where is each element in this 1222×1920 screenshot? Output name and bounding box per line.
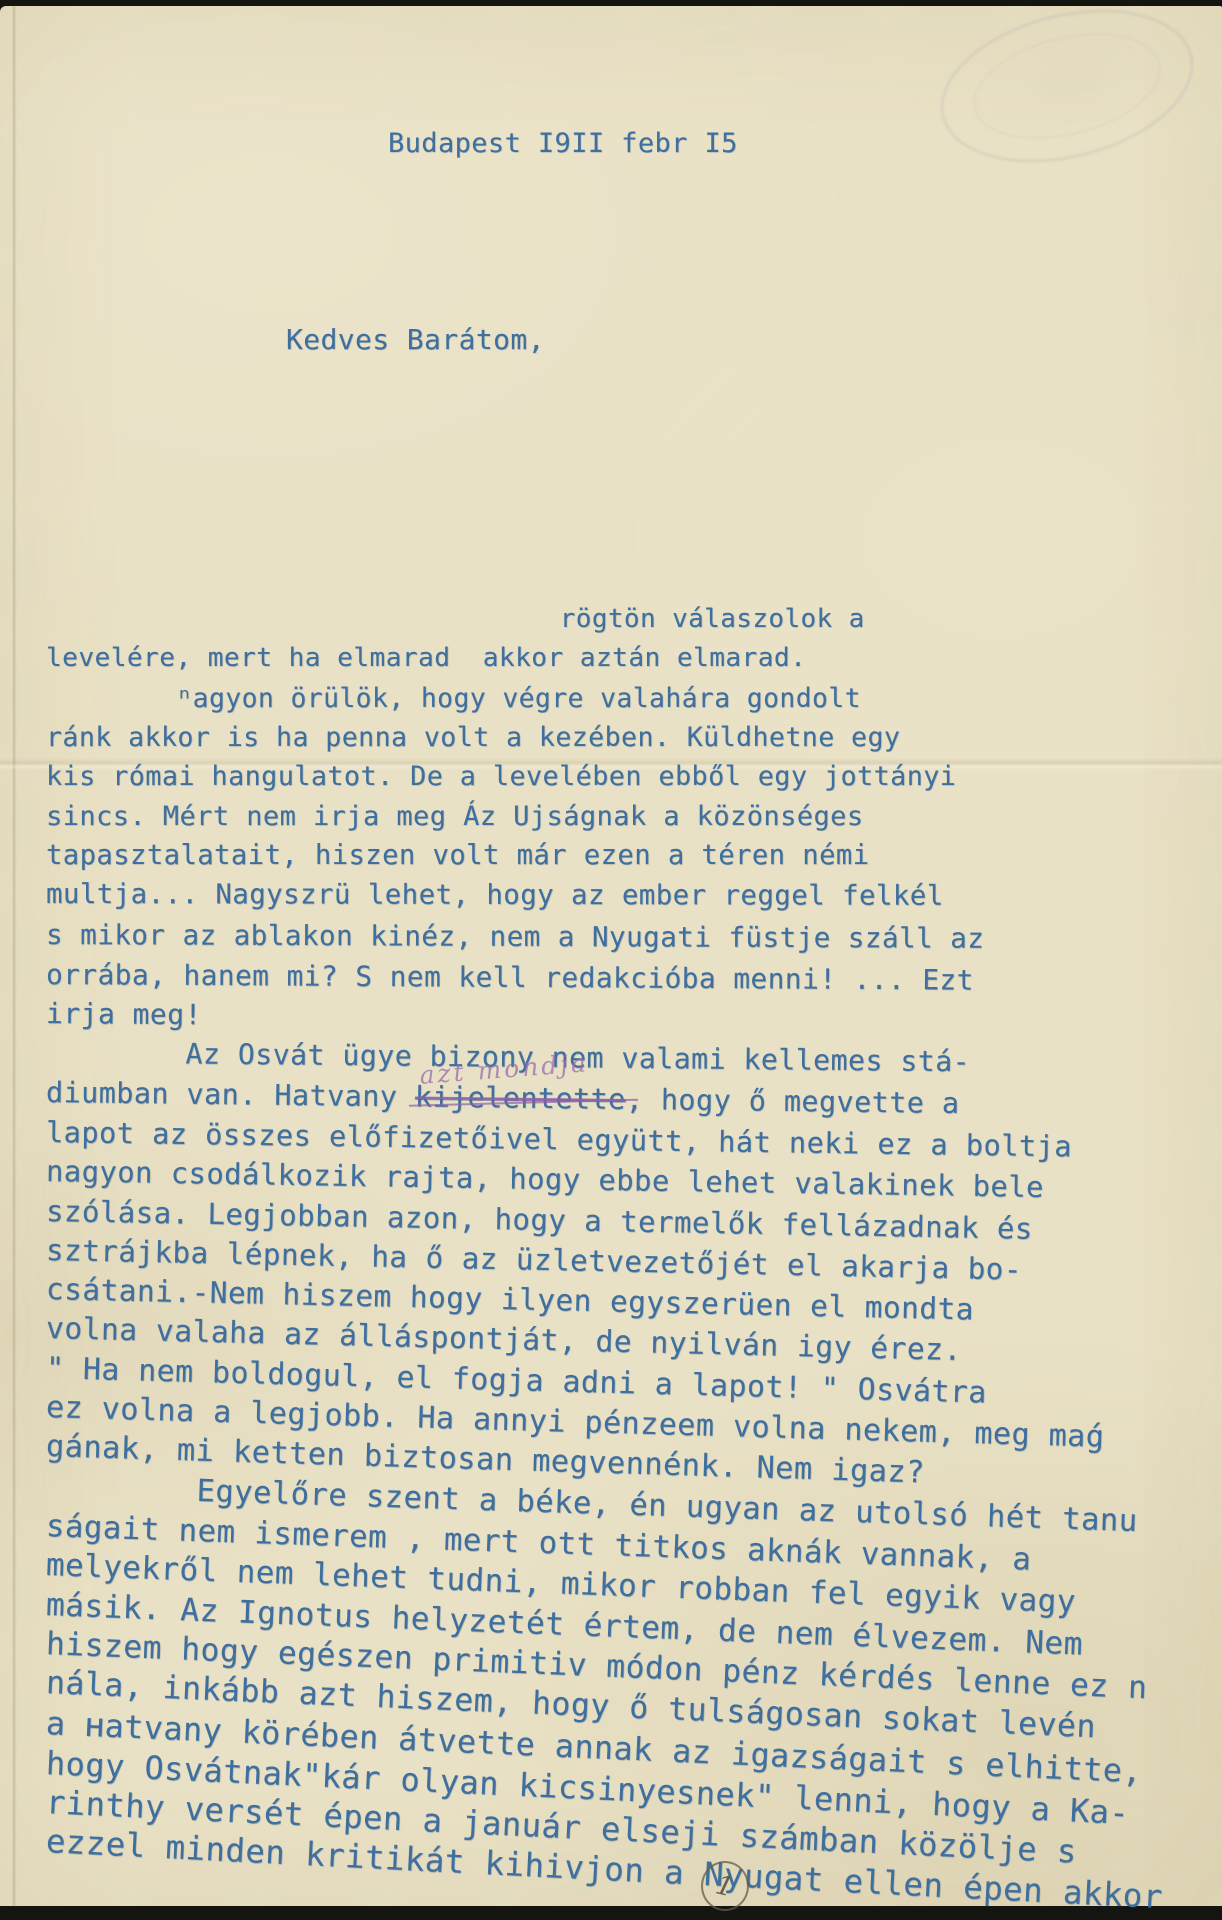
- letter-line: irja meg!: [46, 997, 202, 1031]
- letter-line: diumban van. Hatvany kijelentetteazt mon…: [46, 1076, 960, 1120]
- letter-line: rögtön válaszolok a: [46, 604, 865, 634]
- letter-line: ránk akkor is ha penna volt a kezében. K…: [46, 722, 900, 753]
- scanned-letter-page: Budapest I9II febr I5 Kedves Barátom, rö…: [0, 0, 1222, 1920]
- letter-line: multja... Nagyszrü lehet, hogy az ember …: [46, 879, 944, 912]
- page-number: 1: [713, 1869, 737, 1903]
- letter-line: kis római hangulatot. De a levelében ebb…: [46, 761, 956, 792]
- letter-line: s mikor az ablakon kinéz, nem a Nyugati …: [46, 918, 984, 955]
- letter-line: tapasztalatait, hiszen volt már ezen a t…: [46, 840, 870, 871]
- page-number-circle: 1: [701, 1861, 749, 1911]
- salutation: Kedves Barátom,: [286, 323, 545, 356]
- letter-line: levelére, mert ha elmarad akkor aztán el…: [46, 643, 806, 673]
- letter-line: orrába, hanem mi? S nem kell redakcióba …: [46, 958, 974, 997]
- letter-line: sincs. Mért nem irja meg Áz Ujságnak a k…: [46, 801, 864, 832]
- date-line: Budapest I9II febr I5: [388, 128, 738, 159]
- struck-word: kijelentetteazt mondja: [415, 1080, 626, 1116]
- paper-sheet: Budapest I9II febr I5 Kedves Barátom, rö…: [0, 6, 1222, 1906]
- letter-line: ⁿagyon örülök, hogy végre valahára gondo…: [46, 683, 861, 714]
- paper-left-edge: [13, 6, 17, 1906]
- faint-stamp-icon: [924, 0, 1209, 187]
